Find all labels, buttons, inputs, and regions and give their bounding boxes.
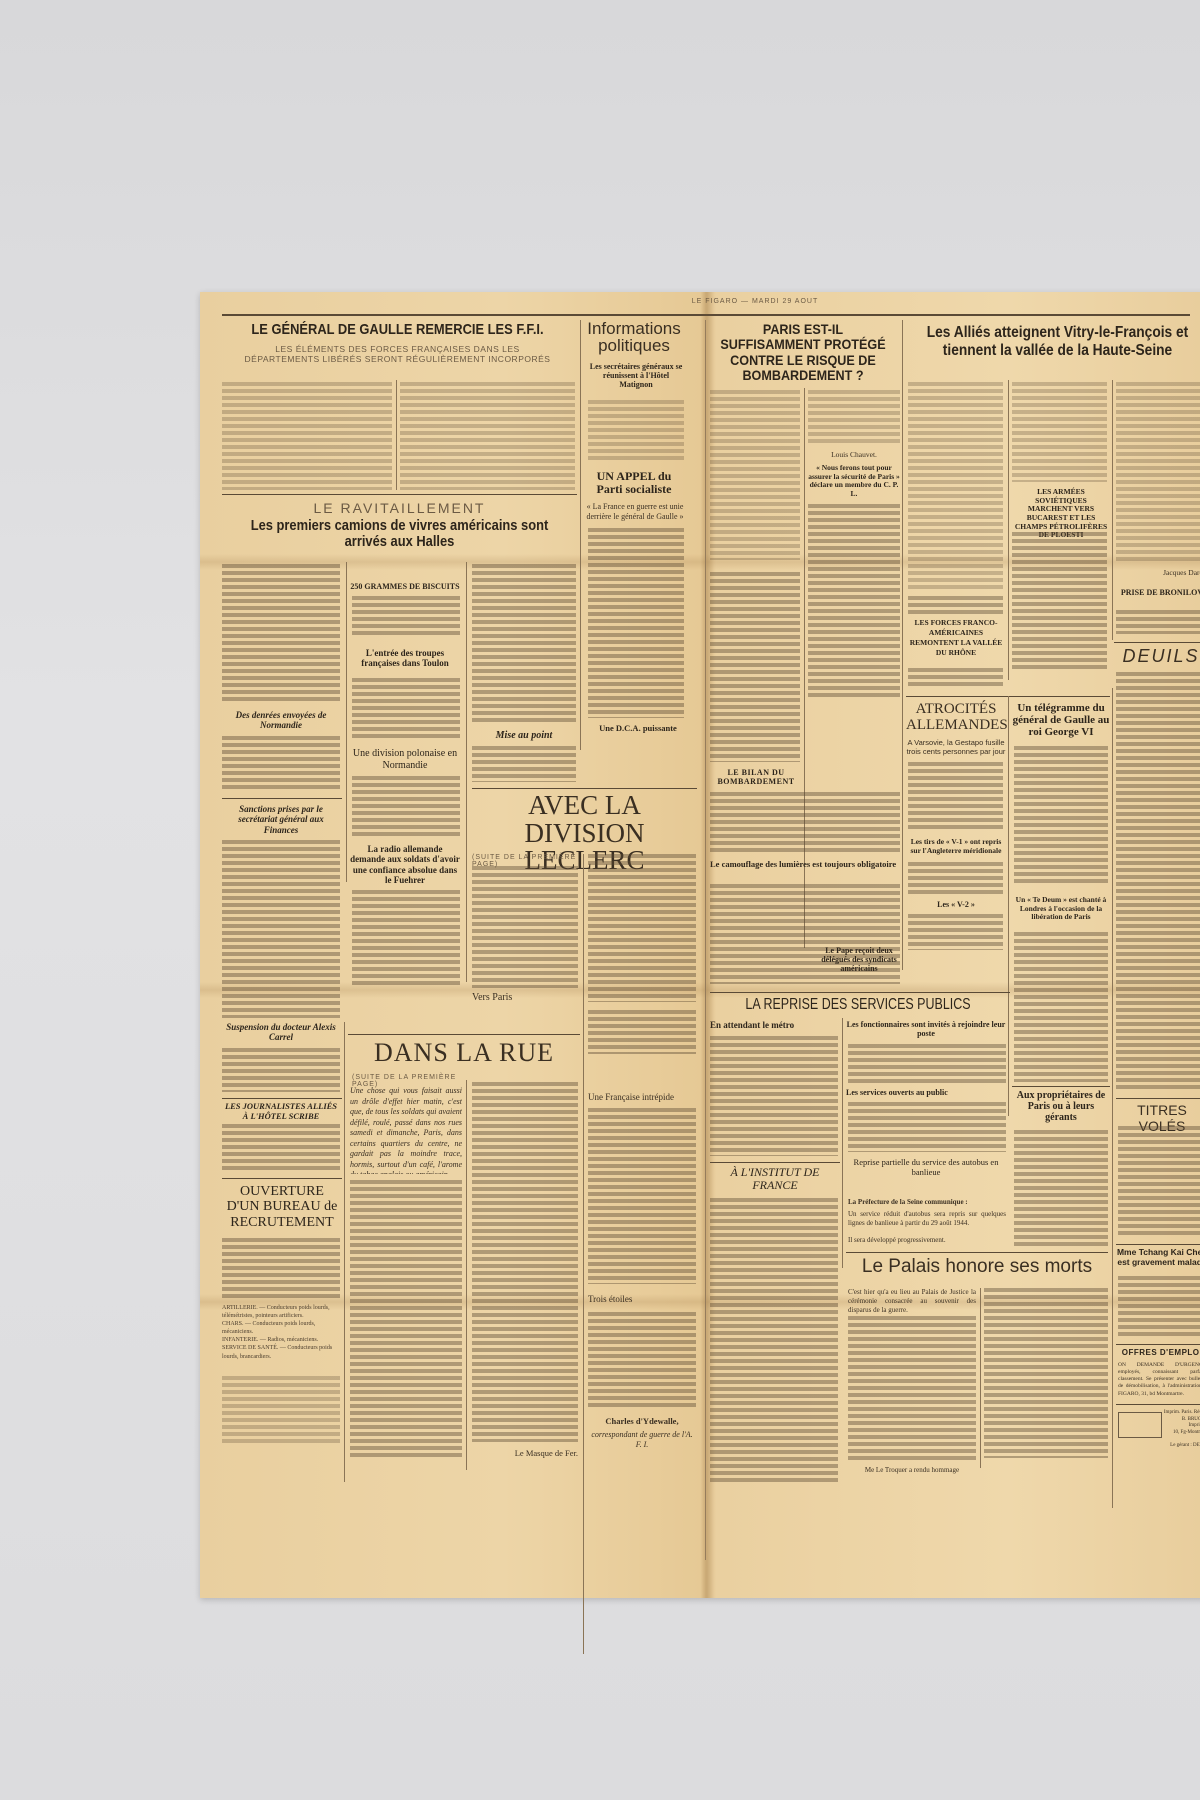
headline-mise-au-point: Mise au point <box>472 730 576 742</box>
subheadline-secretaires: Les secrétaires généraux se réunissent à… <box>588 362 684 390</box>
section-rule <box>472 788 697 789</box>
column-rule <box>396 380 397 490</box>
article-text <box>352 596 460 638</box>
byline-dydewalle: Charles d'Ydewalle, <box>588 1416 696 1427</box>
autobus-end: Il sera développé progressivement. <box>848 1236 1006 1245</box>
headline-sanctions: Sanctions prises par le secrétariat géné… <box>222 804 340 835</box>
article-text <box>1014 746 1108 886</box>
subhead-vers-paris: Vers Paris <box>472 992 532 1005</box>
article-text <box>1116 672 1200 1092</box>
headline-securite-paris: « Nous ferons tout pour assurer la sécur… <box>808 464 900 499</box>
column-rule <box>980 1288 981 1468</box>
headline-deuils: DEUILS <box>1114 646 1200 667</box>
headline-rhone: LES FORCES FRANCO-AMÉRICAINES REMONTENT … <box>906 618 1006 659</box>
list-item: SERVICE DE SANTÉ. — Conducteurs poids lo… <box>222 1344 340 1360</box>
article-text <box>400 382 575 490</box>
headline-dca: Une D.C.A. puissante <box>592 724 684 734</box>
article-text <box>808 504 900 700</box>
section-rule <box>222 798 342 799</box>
section-rule <box>222 1178 342 1179</box>
column-rule <box>466 1080 467 1470</box>
column-rule <box>1008 380 1009 680</box>
list-item: ARTILLERIE. — Conducteurs poids lourds, … <box>222 1304 340 1320</box>
dans-la-rue-lede: Une chose qui vous faisait aussi un drôl… <box>350 1086 462 1174</box>
article-text <box>588 1108 696 1284</box>
headline-fonctionnaires: Les fonctionnaires sont invités à rejoin… <box>846 1020 1006 1038</box>
subheadline-varsovie: A Varsovie, la Gestapo fusille trois cen… <box>906 738 1006 757</box>
palais-closing: Me Le Troquer a rendu hommage <box>848 1466 976 1475</box>
headline-offres: OFFRES D'EMPLOI <box>1116 1348 1200 1357</box>
column-rule <box>583 854 584 1654</box>
headline-pape: Le Pape reçoit deux délégués des syndica… <box>812 946 906 974</box>
article-text <box>222 382 392 490</box>
article-text <box>908 382 1003 592</box>
column-rule <box>344 1022 345 1482</box>
imprint-line: B. BRUGON, Imprimeur <box>1162 1417 1200 1430</box>
palais-lede: C'est hier qu'a eu lieu au Palais de Jus… <box>848 1288 976 1314</box>
column-rule <box>902 320 903 970</box>
headline-atrocites: ATROCITÉS ALLEMANDES <box>906 702 1006 734</box>
union-label-stamp <box>1118 1412 1162 1438</box>
prefecture-communique: La Préfecture de la Seine communique : <box>848 1198 1006 1207</box>
article-text <box>352 890 460 986</box>
article-text <box>710 572 800 762</box>
article-text <box>222 736 340 792</box>
headline-polonaise: Une division polonaise en Normandie <box>350 748 460 771</box>
headline-carrel: Suspension du docteur Alexis Carrel <box>222 1022 340 1043</box>
article-text <box>710 390 800 560</box>
headline-bombardement: PARIS EST-IL SUFFISAMMENT PROTÉGÉ CONTRE… <box>718 322 889 384</box>
article-text <box>472 746 576 782</box>
headline-camions-vivres: Les premiers camions de vivres américain… <box>247 518 552 550</box>
headline-un-appel: UN APPEL du Parti socialiste <box>584 470 684 496</box>
section-rule <box>846 1252 1108 1253</box>
headline-v1: Les tirs de « V-1 » ont repris sur l'Ang… <box>906 838 1006 855</box>
article-text <box>472 1082 578 1442</box>
section-rule <box>1116 1404 1200 1405</box>
headline-services-publics: LA REPRISE DES SERVICES PUBLICS <box>741 996 975 1014</box>
headline-v2: Les « V-2 » <box>906 900 1006 909</box>
headline-de-gaulle: LE GÉNÉRAL DE GAULLE REMERCIE LES F.F.I. <box>245 322 550 338</box>
imprint-line: 10, Fg-Montmart., Paris <box>1162 1430 1200 1443</box>
article-text <box>350 1180 462 1460</box>
article-text <box>908 914 1003 950</box>
headline-bronilov: PRISE DE BRONILOV <box>1116 588 1200 597</box>
signature-chauvet: Louis Chauvet. <box>808 450 900 459</box>
article-text <box>908 862 1003 896</box>
article-text <box>588 1010 696 1054</box>
headline-allies: Les Alliés atteignent Vitry-le-François … <box>926 324 1188 361</box>
article-text <box>222 1238 340 1300</box>
headline-bilan: LE BILAN DU BOMBARDEMENT <box>710 768 802 786</box>
article-text <box>222 1124 340 1172</box>
article-text <box>710 792 900 854</box>
article-text <box>472 564 576 724</box>
headline-metro: En attendant le métro <box>710 1020 838 1030</box>
article-text <box>352 776 460 836</box>
headline-autobus: Reprise partielle du service des autobus… <box>846 1158 1006 1178</box>
article-text <box>908 596 1003 614</box>
article-text <box>222 1376 340 1446</box>
article-text <box>710 1198 838 1482</box>
autobus-text: Un service réduit d'autobus sera repris … <box>848 1210 1006 1228</box>
article-text <box>1118 1276 1200 1336</box>
headline-radio-allemande: La radio allemande demande aux soldats d… <box>350 844 460 885</box>
headline-institut: À L'INSTITUT DE FRANCE <box>710 1166 840 1192</box>
newspaper-page: LE FIGARO — MARDI 29 AOUT LE GÉNÉRAL DE … <box>200 292 1200 1598</box>
article-text <box>1012 382 1107 482</box>
section-rule <box>1116 1098 1200 1099</box>
section-rule <box>1012 1086 1110 1087</box>
article-text <box>848 1044 1006 1084</box>
article-text <box>352 678 460 740</box>
article-text <box>710 1036 838 1156</box>
article-text <box>1012 532 1107 672</box>
section-rule <box>710 1162 840 1163</box>
section-rule <box>222 1098 342 1099</box>
article-text <box>908 668 1003 688</box>
signature-darcy: Jacques Darcy. <box>1116 568 1200 577</box>
article-text <box>222 564 340 702</box>
article-text <box>1116 610 1200 634</box>
headline-toulon: L'entrée des troupes françaises dans Tou… <box>350 648 460 669</box>
headline-informations-politiques: Informations politiques <box>584 320 684 354</box>
article-text <box>908 762 1003 832</box>
column-rule <box>580 320 581 750</box>
offres-text: ON DEMANDE D'URGENCE employés, connaissa… <box>1118 1362 1200 1398</box>
imprint-line: Imprim. Paris. Réunies <box>1162 1410 1200 1417</box>
article-text <box>1116 382 1200 562</box>
byline-role: correspondant de guerre de l'A. F. I. <box>588 1430 696 1450</box>
quote-parti-socialiste: « La France en guerre est unie derrière … <box>586 502 684 522</box>
signature-masque-de-fer: Le Masque de Fer. <box>472 1448 578 1459</box>
dateline: LE FIGARO — MARDI 29 AOUT <box>655 298 855 305</box>
headline-denrees: Des denrées envoyées de Normandie <box>222 710 340 731</box>
article-text <box>588 854 696 1002</box>
center-fold <box>700 292 714 1598</box>
list-item: CHARS. — Conducteurs poids lourds, mécan… <box>222 1320 340 1336</box>
column-rule <box>346 562 347 882</box>
section-rule <box>348 1034 580 1035</box>
article-text <box>472 866 578 988</box>
column-rule <box>1112 688 1113 1508</box>
section-rule <box>1116 1344 1200 1345</box>
list-recrutement: ARTILLERIE. — Conducteurs poids lourds, … <box>222 1304 340 1361</box>
column-rule <box>466 562 467 982</box>
section-rule <box>1114 642 1200 643</box>
kicker-ravitaillement: LE RAVITAILLEMENT <box>222 500 577 516</box>
article-text <box>222 1048 340 1092</box>
article-text <box>222 840 340 1018</box>
article-text <box>808 390 900 446</box>
imprint-gerant: Le gérant : DEYOT <box>1162 1443 1200 1450</box>
article-text <box>984 1288 1108 1458</box>
article-text <box>588 528 684 718</box>
article-text <box>848 1102 1006 1152</box>
section-rule <box>710 992 1010 993</box>
article-text <box>848 1316 976 1462</box>
subheadline-de-gaulle: LES ÉLÉMENTS DES FORCES FRANÇAISES DANS … <box>240 344 555 364</box>
headline-telegramme: Un télégramme du général de Gaulle au ro… <box>1012 702 1110 738</box>
column-rule <box>842 1018 843 1268</box>
headline-services-ouverts: Les services ouverts au public <box>846 1088 1006 1097</box>
headline-recrutement: OUVERTURE D'UN BUREAU de RECRUTEMENT <box>222 1184 342 1230</box>
subhead-francaise-intrepide: Une Française intrépide <box>588 1092 696 1103</box>
list-item: INFANTERIE. — Radios, mécaniciens. <box>222 1336 340 1344</box>
article-text <box>1118 1126 1200 1238</box>
article-text <box>588 1312 696 1410</box>
headline-tchang: Mme Tchang Kai Chek est gravement malade <box>1116 1248 1200 1268</box>
column-rule <box>1112 380 1113 640</box>
headline-proprietaires: Aux propriétaires de Paris ou à leurs gé… <box>1012 1090 1110 1123</box>
article-text <box>1014 1130 1108 1246</box>
subhead-trois-etoiles: Trois étoiles <box>588 1294 696 1305</box>
imprint: Imprim. Paris. Réunies B. BRUGON, Imprim… <box>1162 1410 1200 1449</box>
column-rule <box>1008 696 1009 1116</box>
section-rule <box>222 494 577 495</box>
box-biscuits: 250 GRAMMES DE BISCUITS <box>350 582 460 591</box>
headline-camouflage: Le camouflage des lumières est toujours … <box>710 860 900 870</box>
headline-palais: Le Palais honore ses morts <box>846 1256 1108 1278</box>
headline-dans-la-rue: DANS LA RUE <box>348 1038 580 1068</box>
article-text <box>588 400 684 462</box>
article-text <box>1014 932 1108 1082</box>
headline-te-deum: Un « Te Deum » est chanté à Londres à l'… <box>1012 896 1110 922</box>
headline-journalistes: LES JOURNALISTES ALLIÉS À L'HÔTEL SCRIBE <box>222 1102 340 1122</box>
section-rule <box>1116 1244 1200 1245</box>
